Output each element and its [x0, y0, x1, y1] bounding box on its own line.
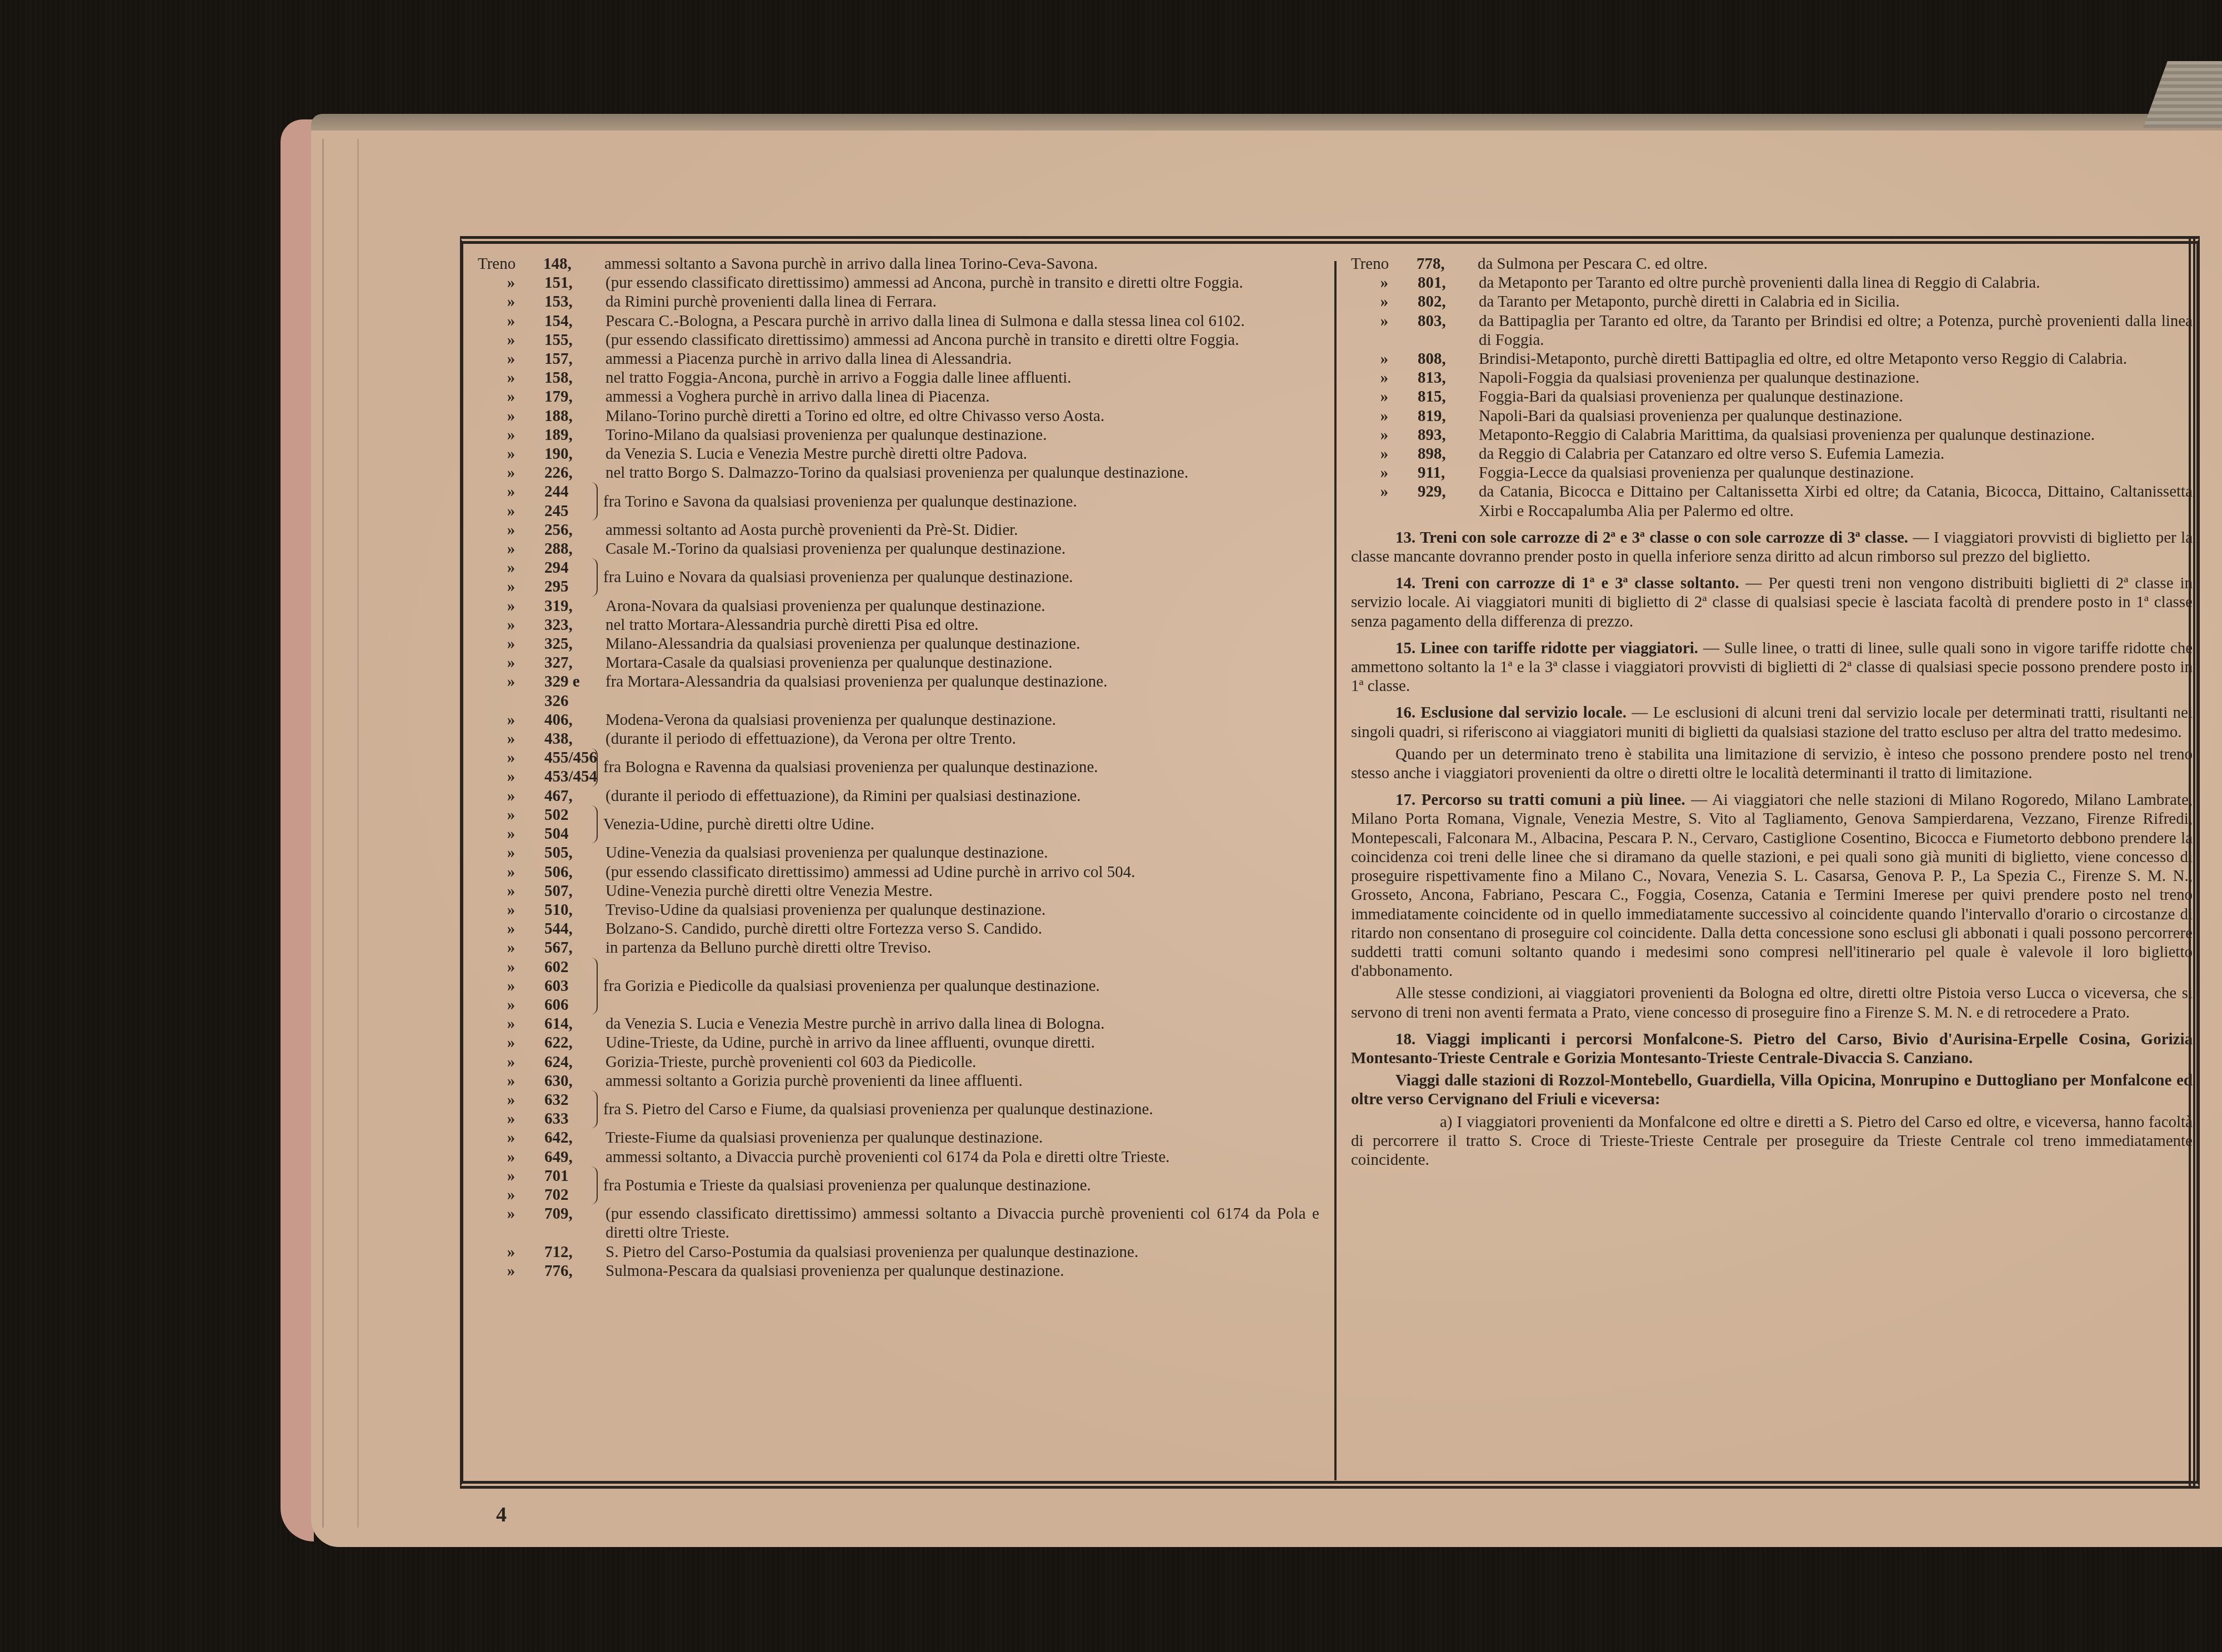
train-number: 702: [544, 1185, 597, 1204]
entry-text: Venezia-Udine, purchè diretti oltre Udin…: [603, 815, 874, 834]
train-entry: »188,Milano-Torino purchè diretti a Tori…: [478, 407, 1319, 425]
entry-text: fra S. Pietro del Carso e Fiume, da qual…: [603, 1100, 1153, 1119]
train-entry: »151,(pur essendo classificato direttiss…: [478, 273, 1319, 292]
entry-text-wrap: fra Postumia e Trieste da qualsiasi prov…: [603, 1167, 1319, 1204]
entry-text: Milano-Alessandria da qualsiasi provenie…: [605, 634, 1319, 653]
ditto-mark: »: [478, 767, 544, 786]
train-entry-group: »»»602603606fra Gorizia e Piedicolle da …: [478, 958, 1319, 1015]
entry-text-wrap: fra Luino e Novara da qualsiasi provenie…: [603, 558, 1319, 596]
ditto-mark: »: [478, 1204, 544, 1242]
ditto-mark: »: [478, 843, 544, 862]
ditto-mark: »: [478, 958, 544, 977]
ditto-mark: »: [478, 482, 544, 501]
train-number: 256,: [544, 520, 605, 539]
section-paragraph: 15. Linee con tariffe ridotte per viaggi…: [1351, 639, 2193, 696]
entry-text: Foggia-Bari da qualsiasi provenienza per…: [1479, 387, 2193, 406]
train-number: 893,: [1418, 425, 1479, 444]
train-entry: »813,Napoli-Foggia da qualsiasi provenie…: [1351, 368, 2193, 387]
page-stack-corner: [2143, 61, 2222, 128]
entry-text: da Catania, Bicocca e Dittaino per Calta…: [1479, 482, 2193, 520]
train-entry: »614,da Venezia S. Lucia e Venezia Mestr…: [478, 1014, 1319, 1033]
section-heading: 18. Viaggi implicanti i percorsi Monfalc…: [1351, 1030, 2193, 1067]
train-entry: »544,Bolzano-S. Candido, purchè diretti …: [478, 919, 1319, 938]
ditto-marks: »»: [478, 482, 544, 520]
ditto-mark: »: [1351, 312, 1418, 349]
train-entry: »709,(pur essendo classificato direttiss…: [478, 1204, 1319, 1242]
section-heading: 17. Percorso su tratti comuni a più line…: [1395, 791, 1685, 809]
train-number: 179,: [544, 387, 605, 406]
ditto-marks: »»: [478, 805, 544, 843]
train-number: 802,: [1418, 292, 1479, 311]
ditto-mark: »: [478, 1072, 544, 1090]
entry-text: nel tratto Mortara-Alessandria purchè di…: [605, 615, 1319, 634]
train-number: 502: [544, 805, 597, 824]
train-number: 630,: [544, 1072, 605, 1090]
ditto-mark: »: [478, 977, 544, 995]
train-entry: »256,ammessi soltanto ad Aosta purchè pr…: [478, 520, 1319, 539]
entry-text: Bolzano-S. Candido, purchè diretti oltre…: [605, 919, 1319, 938]
train-number: 603: [544, 977, 597, 995]
train-number: 226,: [544, 463, 605, 482]
ditto-mark: »: [478, 368, 544, 387]
train-number: 567,: [544, 938, 605, 957]
train-number: 815,: [1418, 387, 1479, 406]
entry-text: Arona-Novara da qualsiasi provenienza pe…: [605, 597, 1319, 615]
train-entry: »649,ammessi soltanto, a Divaccia purchè…: [478, 1148, 1319, 1167]
entry-text: Sulmona-Pescara da qualsiasi provenienza…: [605, 1261, 1319, 1280]
entry-text: da Sulmona per Pescara C. ed oltre.: [1478, 254, 2193, 273]
ditto-marks: »»: [478, 1090, 544, 1128]
entry-text-wrap: fra Bologna e Ravenna da qualsiasi prove…: [603, 748, 1319, 786]
train-number: 294: [544, 558, 597, 577]
train-number: 438,: [544, 729, 605, 748]
train-number: 622,: [544, 1033, 605, 1052]
train-number: 808,: [1418, 349, 1479, 368]
ditto-mark: »: [478, 349, 544, 368]
column-separator: [1334, 261, 1337, 1480]
train-entry: »510,Treviso-Udine da qualsiasi provenie…: [478, 900, 1319, 919]
ditto-mark: »: [478, 824, 544, 843]
train-entry: »911,Foggia-Lecce da qualsiasi provenien…: [1351, 463, 2193, 482]
page-number: 4: [496, 1503, 507, 1527]
section-subheading: Viaggi dalle stazioni di Rozzol-Montebel…: [1351, 1071, 2193, 1109]
train-entry: »819,Napoli-Bari da qualsiasi provenienz…: [1351, 407, 2193, 425]
train-number: 642,: [544, 1128, 605, 1147]
train-entry: »189,Torino-Milano da qualsiasi provenie…: [478, 425, 1319, 444]
train-number: 801,: [1418, 273, 1479, 292]
train-number: 295: [544, 577, 597, 596]
train-entry: »157,ammessi a Piacenza purchè in arrivo…: [478, 349, 1319, 368]
train-entry-group: »»502504Venezia-Udine, purchè diretti ol…: [478, 805, 1319, 843]
ditto-mark: »: [478, 463, 544, 482]
train-number: 288,: [544, 539, 605, 558]
ditto-mark: »: [478, 1261, 544, 1280]
train-entry: »808,Brindisi-Metaponto, purchè diretti …: [1351, 349, 2193, 368]
section-body: — Ai viaggiatori che nelle stazioni di M…: [1351, 791, 2193, 980]
train-number: 245: [544, 502, 597, 520]
entry-text: Modena-Verona da qualsiasi provenienza p…: [605, 710, 1319, 729]
train-entry: »630,ammessi soltanto a Gorizia purchè p…: [478, 1072, 1319, 1090]
train-entry: »329 e 326fra Mortara-Alessandria da qua…: [478, 672, 1319, 710]
train-entry: »898,da Reggio di Calabria per Catanzaro…: [1351, 444, 2193, 463]
treno-label: Treno: [1351, 254, 1417, 273]
section-heading: 14. Treni con carrozze di 1ª e 3ª classe…: [1395, 574, 1739, 592]
ditto-marks: »»: [478, 748, 544, 786]
train-entry: »467,(durante il periodo di effettuazion…: [478, 787, 1319, 805]
ditto-mark: »: [478, 1053, 544, 1072]
train-number: 544,: [544, 919, 605, 938]
train-number: 329 e 326: [544, 672, 605, 710]
ditto-mark: »: [478, 292, 544, 311]
train-number: 157,: [544, 349, 605, 368]
train-entry: »158,nel tratto Foggia-Ancona, purchè in…: [478, 368, 1319, 387]
train-entry: »642,Trieste-Fiume da qualsiasi provenie…: [478, 1128, 1319, 1147]
train-entry: »154,Pescara C.-Bologna, a Pescara purch…: [478, 312, 1319, 331]
ditto-mark: »: [478, 273, 544, 292]
train-number: 778,: [1417, 254, 1478, 273]
ditto-mark: »: [478, 882, 544, 900]
ditto-mark: »: [478, 1167, 544, 1185]
entry-text: ammessi soltanto a Gorizia purchè proven…: [605, 1072, 1319, 1090]
train-entry: »803,da Battipaglia per Taranto ed oltre…: [1351, 312, 2193, 349]
section-paragraph: 16. Esclusione dal servizio locale. — Le…: [1351, 703, 2193, 741]
entry-text: ammessi soltanto a Savona purchè in arri…: [604, 254, 1319, 273]
train-number: 803,: [1418, 312, 1479, 349]
entry-text: Torino-Milano da qualsiasi provenienza p…: [605, 425, 1319, 444]
train-entry: »776,Sulmona-Pescara da qualsiasi proven…: [478, 1261, 1319, 1280]
entry-text: fra Mortara-Alessandria da qualsiasi pro…: [605, 672, 1319, 710]
train-entry: »624,Gorizia-Trieste, purchè provenienti…: [478, 1053, 1319, 1072]
ditto-mark: »: [478, 597, 544, 615]
section-paragraph: 13. Treni con sole carrozze di 2ª e 3ª c…: [1351, 528, 2193, 566]
ditto-mark: »: [478, 634, 544, 653]
train-entry: Treno148,ammessi soltanto a Savona purch…: [478, 254, 1319, 273]
entry-text: Napoli-Foggia da qualsiasi provenienza p…: [1479, 368, 2193, 387]
train-number: 510,: [544, 900, 605, 919]
entry-text: in partenza da Belluno purchè diretti ol…: [605, 938, 1319, 957]
ditto-mark: »: [478, 919, 544, 938]
train-entry: »622,Udine-Trieste, da Udine, purchè in …: [478, 1033, 1319, 1052]
ditto-mark: »: [478, 331, 544, 349]
train-number: 633: [544, 1109, 597, 1128]
train-numbers-bracket: 244245: [544, 482, 598, 520]
entry-text: (durante il periodo di effettuazione), d…: [605, 729, 1319, 748]
train-number: 158,: [544, 368, 605, 387]
ditto-mark: »: [478, 1014, 544, 1033]
train-number: 712,: [544, 1243, 605, 1261]
train-entry: »929,da Catania, Bicocca e Dittaino per …: [1351, 482, 2193, 520]
train-number: 327,: [544, 653, 605, 672]
left-column: Treno148,ammessi soltanto a Savona purch…: [478, 254, 1319, 1280]
train-numbers-bracket: 455/456453/454: [544, 748, 598, 786]
ditto-mark: »: [478, 558, 544, 577]
ditto-mark: »: [478, 787, 544, 805]
train-entry: »155,(pur essendo classificato direttiss…: [478, 331, 1319, 349]
entry-text: Brindisi-Metaponto, purchè diretti Batti…: [1479, 349, 2193, 368]
entry-text: ammessi soltanto, a Divaccia purchè prov…: [605, 1148, 1319, 1167]
train-entry: »505,Udine-Venezia da qualsiasi provenie…: [478, 843, 1319, 862]
train-numbers-bracket: 632633: [544, 1090, 598, 1128]
ditto-mark: »: [478, 1243, 544, 1261]
ditto-mark: »: [478, 729, 544, 748]
train-number: 467,: [544, 787, 605, 805]
entry-text: Napoli-Bari da qualsiasi provenienza per…: [1479, 407, 2193, 425]
ditto-mark: »: [478, 1090, 544, 1109]
ditto-mark: »: [1351, 444, 1418, 463]
page-gutter-fold: [322, 139, 359, 1528]
train-number: 911,: [1418, 463, 1479, 482]
ditto-mark: »: [1351, 407, 1418, 425]
ditto-mark: »: [1351, 349, 1418, 368]
train-number: 154,: [544, 312, 605, 331]
entry-text: (pur essendo classificato direttissimo) …: [605, 273, 1319, 292]
train-number: 606: [544, 995, 597, 1014]
ditto-mark: »: [478, 938, 544, 957]
entry-text: da Taranto per Metaponto, purchè diretti…: [1479, 292, 2193, 311]
train-entry-group: »»701702fra Postumia e Trieste da qualsi…: [478, 1167, 1319, 1204]
train-number: 632: [544, 1090, 597, 1109]
entry-text: fra Bologna e Ravenna da qualsiasi prove…: [603, 758, 1098, 777]
train-entry: »325,Milano-Alessandria da qualsiasi pro…: [478, 634, 1319, 653]
train-entry: »226,nel tratto Borgo S. Dalmazzo-Torino…: [478, 463, 1319, 482]
section-paragraph: 14. Treni con carrozze di 1ª e 3ª classe…: [1351, 574, 2193, 631]
ditto-mark: »: [478, 1148, 544, 1167]
entry-text: Casale M.-Torino da qualsiasi provenienz…: [605, 539, 1319, 558]
ditto-marks: »»: [478, 1167, 544, 1204]
entry-text: da Venezia S. Lucia e Venezia Mestre pur…: [605, 1014, 1319, 1033]
train-number: 151,: [544, 273, 605, 292]
ditto-mark: »: [478, 444, 544, 463]
train-number: 244: [544, 482, 597, 501]
entry-text: (pur essendo classificato direttissimo) …: [605, 1204, 1319, 1242]
train-number: 325,: [544, 634, 605, 653]
entry-text: Milano-Torino purchè diretti a Torino ed…: [605, 407, 1319, 425]
train-entry: »801,da Metaponto per Taranto ed oltre p…: [1351, 273, 2193, 292]
ditto-mark: »: [478, 615, 544, 634]
train-entry: »815,Foggia-Bari da qualsiasi provenienz…: [1351, 387, 2193, 406]
train-entry: »406,Modena-Verona da qualsiasi provenie…: [478, 710, 1319, 729]
ditto-mark: »: [478, 539, 544, 558]
entry-text: Foggia-Lecce da qualsiasi provenienza pe…: [1479, 463, 2193, 482]
entry-text-wrap: Venezia-Udine, purchè diretti oltre Udin…: [603, 805, 1319, 843]
ditto-marks: »»»: [478, 958, 544, 1015]
train-number: 819,: [1418, 407, 1479, 425]
treno-label: Treno: [478, 254, 543, 273]
entry-text: fra Gorizia e Piedicolle da qualsiasi pr…: [603, 977, 1100, 995]
section-paragraph: 18. Viaggi implicanti i percorsi Monfalc…: [1351, 1030, 2193, 1068]
section-item-a: a) I viaggiatori provenienti da Monfalco…: [1351, 1113, 2193, 1170]
train-numbers-bracket: 502504: [544, 805, 598, 843]
entry-text: fra Postumia e Trieste da qualsiasi prov…: [603, 1176, 1091, 1195]
ditto-mark: »: [478, 1185, 544, 1204]
train-number: 153,: [544, 292, 605, 311]
train-number: 709,: [544, 1204, 605, 1242]
train-number: 649,: [544, 1148, 605, 1167]
train-number: 406,: [544, 710, 605, 729]
train-number: 155,: [544, 331, 605, 349]
train-numbers-bracket: 294295: [544, 558, 598, 596]
entry-text: Udine-Trieste, da Udine, purchè in arriv…: [605, 1033, 1319, 1052]
ditto-mark: »: [478, 672, 544, 710]
entry-text: Metaponto-Reggio di Calabria Marittima, …: [1479, 425, 2193, 444]
train-entry-group: »»244245fra Torino e Savona da qualsiasi…: [478, 482, 1319, 520]
train-number: 776,: [544, 1261, 605, 1280]
train-number: 602: [544, 958, 597, 977]
section-extra-paragraph: Quando per un determinato treno è stabil…: [1351, 745, 2193, 783]
train-entry: »179,ammessi a Voghera purchè in arrivo …: [478, 387, 1319, 406]
entry-text: Treviso-Udine da qualsiasi provenienza p…: [605, 900, 1319, 919]
train-entry-group: »»455/456453/454fra Bologna e Ravenna da…: [478, 748, 1319, 786]
entry-text: da Metaponto per Taranto ed oltre purchè…: [1479, 273, 2193, 292]
ditto-mark: »: [478, 577, 544, 596]
train-number: 323,: [544, 615, 605, 634]
train-number: 929,: [1418, 482, 1479, 520]
entry-text-wrap: fra Torino e Savona da qualsiasi proveni…: [603, 482, 1319, 520]
entry-text: Udine-Venezia purchè diretti oltre Venez…: [605, 882, 1319, 900]
entry-text: S. Pietro del Carso-Postumia da qualsias…: [605, 1243, 1319, 1261]
entry-text: (durante il periodo di effettuazione), d…: [605, 787, 1319, 805]
entry-text-wrap: fra S. Pietro del Carso e Fiume, da qual…: [603, 1090, 1319, 1128]
ditto-mark: »: [478, 425, 544, 444]
train-entry: »323,nel tratto Mortara-Alessandria purc…: [478, 615, 1319, 634]
entry-text: Pescara C.-Bologna, a Pescara purchè in …: [605, 312, 1319, 331]
train-number: 507,: [544, 882, 605, 900]
train-entry: »319,Arona-Novara da qualsiasi provenien…: [478, 597, 1319, 615]
train-number: 188,: [544, 407, 605, 425]
ditto-mark: »: [478, 995, 544, 1014]
train-number: 455/456: [544, 748, 597, 767]
train-number: 189,: [544, 425, 605, 444]
ditto-mark: »: [478, 520, 544, 539]
book-spine-edge: [281, 119, 314, 1541]
section-extra-paragraph: Alle stesse condizioni, ai viaggiatori p…: [1351, 984, 2193, 1022]
ditto-mark: »: [478, 312, 544, 331]
entry-text: da Venezia S. Lucia e Venezia Mestre pur…: [605, 444, 1319, 463]
entry-text: Mortara-Casale da qualsiasi provenienza …: [605, 653, 1319, 672]
train-entry: »893,Metaponto-Reggio di Calabria Maritt…: [1351, 425, 2193, 444]
train-entry: »567,in partenza da Belluno purchè diret…: [478, 938, 1319, 957]
entry-text: (pur essendo classificato direttissimo) …: [605, 863, 1319, 882]
ditto-mark: »: [1351, 482, 1418, 520]
entry-text: ammessi soltanto ad Aosta purchè proveni…: [605, 520, 1319, 539]
train-number: 453/454: [544, 767, 597, 786]
train-entry-group: »»632633fra S. Pietro del Carso e Fiume,…: [478, 1090, 1319, 1128]
entry-text: Gorizia-Trieste, purchè provenienti col …: [605, 1053, 1319, 1072]
entry-text: da Rimini purchè provenienti dalla linea…: [605, 292, 1319, 311]
train-numbers-bracket: 602603606: [544, 958, 598, 1015]
ditto-mark: »: [478, 1033, 544, 1052]
train-entry: »153,da Rimini purchè provenienti dalla …: [478, 292, 1319, 311]
right-column: Treno778,da Sulmona per Pescara C. ed ol…: [1351, 254, 2193, 1169]
train-entry: »712,S. Pietro del Carso-Postumia da qua…: [478, 1243, 1319, 1261]
train-entry: »506,(pur essendo classificato direttiss…: [478, 863, 1319, 882]
train-entry: »327,Mortara-Casale da qualsiasi proveni…: [478, 653, 1319, 672]
entry-text: nel tratto Foggia-Ancona, purchè in arri…: [605, 368, 1319, 387]
entry-text: da Reggio di Calabria per Catanzaro ed o…: [1479, 444, 2193, 463]
train-number: 898,: [1418, 444, 1479, 463]
entry-text: (pur essendo classificato direttissimo) …: [605, 331, 1319, 349]
subheading-text: Viaggi dalle stazioni di Rozzol-Montebel…: [1351, 1072, 2193, 1108]
train-entry: »438,(durante il periodo di effettuazion…: [478, 729, 1319, 748]
entry-text: da Battipaglia per Taranto ed oltre, da …: [1479, 312, 2193, 349]
section-heading: 16. Esclusione dal servizio locale.: [1395, 704, 1627, 722]
entry-text-wrap: fra Gorizia e Piedicolle da qualsiasi pr…: [603, 958, 1319, 1015]
train-number: 701: [544, 1167, 597, 1185]
ditto-mark: »: [478, 387, 544, 406]
train-number: 506,: [544, 863, 605, 882]
entry-text: nel tratto Borgo S. Dalmazzo-Torino da q…: [605, 463, 1319, 482]
train-numbers-bracket: 701702: [544, 1167, 598, 1204]
section-paragraph: 17. Percorso su tratti comuni a più line…: [1351, 790, 2193, 980]
ditto-mark: »: [1351, 368, 1418, 387]
section-heading: 15. Linee con tariffe ridotte per viaggi…: [1395, 639, 1698, 657]
section-heading: 13. Treni con sole carrozze di 2ª e 3ª c…: [1395, 529, 1908, 547]
ditto-mark: »: [478, 407, 544, 425]
ditto-mark: »: [1351, 387, 1418, 406]
ditto-mark: »: [1351, 425, 1418, 444]
ditto-mark: »: [478, 900, 544, 919]
train-entry: Treno778,da Sulmona per Pescara C. ed ol…: [1351, 254, 2193, 273]
ditto-mark: »: [478, 1128, 544, 1147]
ditto-mark: »: [478, 653, 544, 672]
entry-text: ammessi a Piacenza purchè in arrivo dall…: [605, 349, 1319, 368]
entry-text: fra Luino e Novara da qualsiasi provenie…: [603, 568, 1073, 587]
ditto-mark: »: [478, 710, 544, 729]
ditto-mark: »: [478, 502, 544, 520]
train-entry: »802,da Taranto per Metaponto, purchè di…: [1351, 292, 2193, 311]
train-entry: »507,Udine-Venezia purchè diretti oltre …: [478, 882, 1319, 900]
train-entry: »190,da Venezia S. Lucia e Venezia Mestr…: [478, 444, 1319, 463]
ditto-mark: »: [478, 748, 544, 767]
train-number: 148,: [543, 254, 604, 273]
train-number: 624,: [544, 1053, 605, 1072]
train-entry: »288,Casale M.-Torino da qualsiasi prove…: [478, 539, 1319, 558]
train-number: 319,: [544, 597, 605, 615]
entry-text: ammessi a Voghera purchè in arrivo dalla…: [605, 387, 1319, 406]
ditto-mark: »: [1351, 463, 1418, 482]
train-number: 614,: [544, 1014, 605, 1033]
ditto-mark: »: [1351, 292, 1418, 311]
entry-text: Udine-Venezia da qualsiasi provenienza p…: [605, 843, 1319, 862]
ditto-marks: »»: [478, 558, 544, 596]
ditto-mark: »: [478, 863, 544, 882]
ditto-mark: »: [1351, 273, 1418, 292]
entry-text: fra Torino e Savona da qualsiasi proveni…: [603, 492, 1077, 511]
ditto-mark: »: [478, 805, 544, 824]
entry-text: Trieste-Fiume da qualsiasi provenienza p…: [605, 1128, 1319, 1147]
train-number: 505,: [544, 843, 605, 862]
train-number: 190,: [544, 444, 605, 463]
train-number: 813,: [1418, 368, 1479, 387]
train-entry-group: »»294295fra Luino e Novara da qualsiasi …: [478, 558, 1319, 596]
ditto-mark: »: [478, 1109, 544, 1128]
train-number: 504: [544, 824, 597, 843]
